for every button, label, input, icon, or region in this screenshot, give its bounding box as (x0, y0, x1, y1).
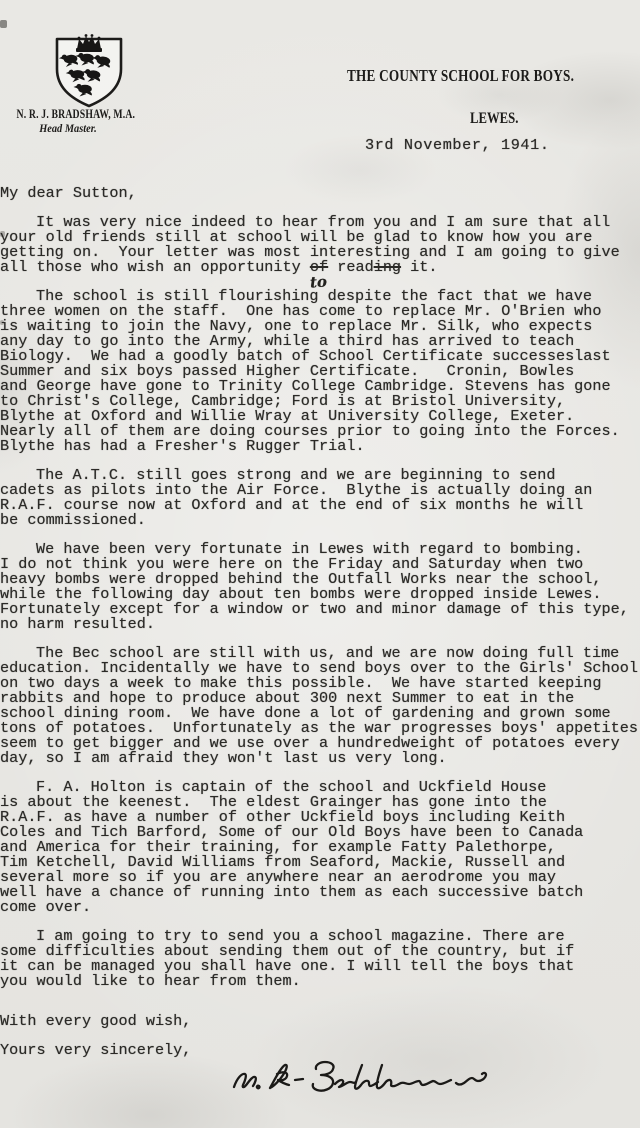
paragraph-magazine: I am going to try to send you a school m… (0, 929, 640, 989)
signature (222, 1053, 517, 1099)
paragraph-opening-mid: read (328, 258, 374, 276)
closing-wish: With every good wish, (0, 1014, 640, 1029)
school-name: THE COUNTY SCHOOL FOR BOYS. (347, 66, 574, 86)
headmaster-title: Head Master. (9, 123, 128, 135)
paragraph-old-boys: F. A. Holton is captain of the school an… (0, 780, 640, 915)
scanned-letter-page: THE COUNTY SCHOOL FOR BOYS. LEWES. N. R.… (0, 0, 640, 1128)
paragraph-opening-end: it. (401, 258, 437, 276)
paragraph-school-news: The school is still flourishing despite … (0, 289, 640, 454)
paragraph-bombing: We have been very fortunate in Lewes wit… (0, 542, 640, 632)
letter-body: My dear Sutton, It was very nice indeed … (0, 186, 640, 1072)
school-town: LEWES. (470, 110, 518, 128)
paragraph-atc: The A.T.C. still goes strong and we are … (0, 468, 640, 528)
crown-icon (76, 34, 102, 52)
headmaster-name: N. R. J. BRADSHAW, M.A. (17, 107, 120, 122)
paragraph-opening: It was very nice indeed to hear from you… (0, 215, 640, 275)
scan-mark (0, 20, 7, 28)
struck-word-ing: ing (374, 258, 401, 276)
letter-date: 3rd November, 1941. (365, 136, 550, 154)
handwritten-correction: to (309, 272, 327, 291)
paragraph-bec-school: The Bec school are still with us, and we… (0, 646, 640, 766)
salutation: My dear Sutton, (0, 186, 640, 201)
school-crest-icon (53, 33, 125, 109)
